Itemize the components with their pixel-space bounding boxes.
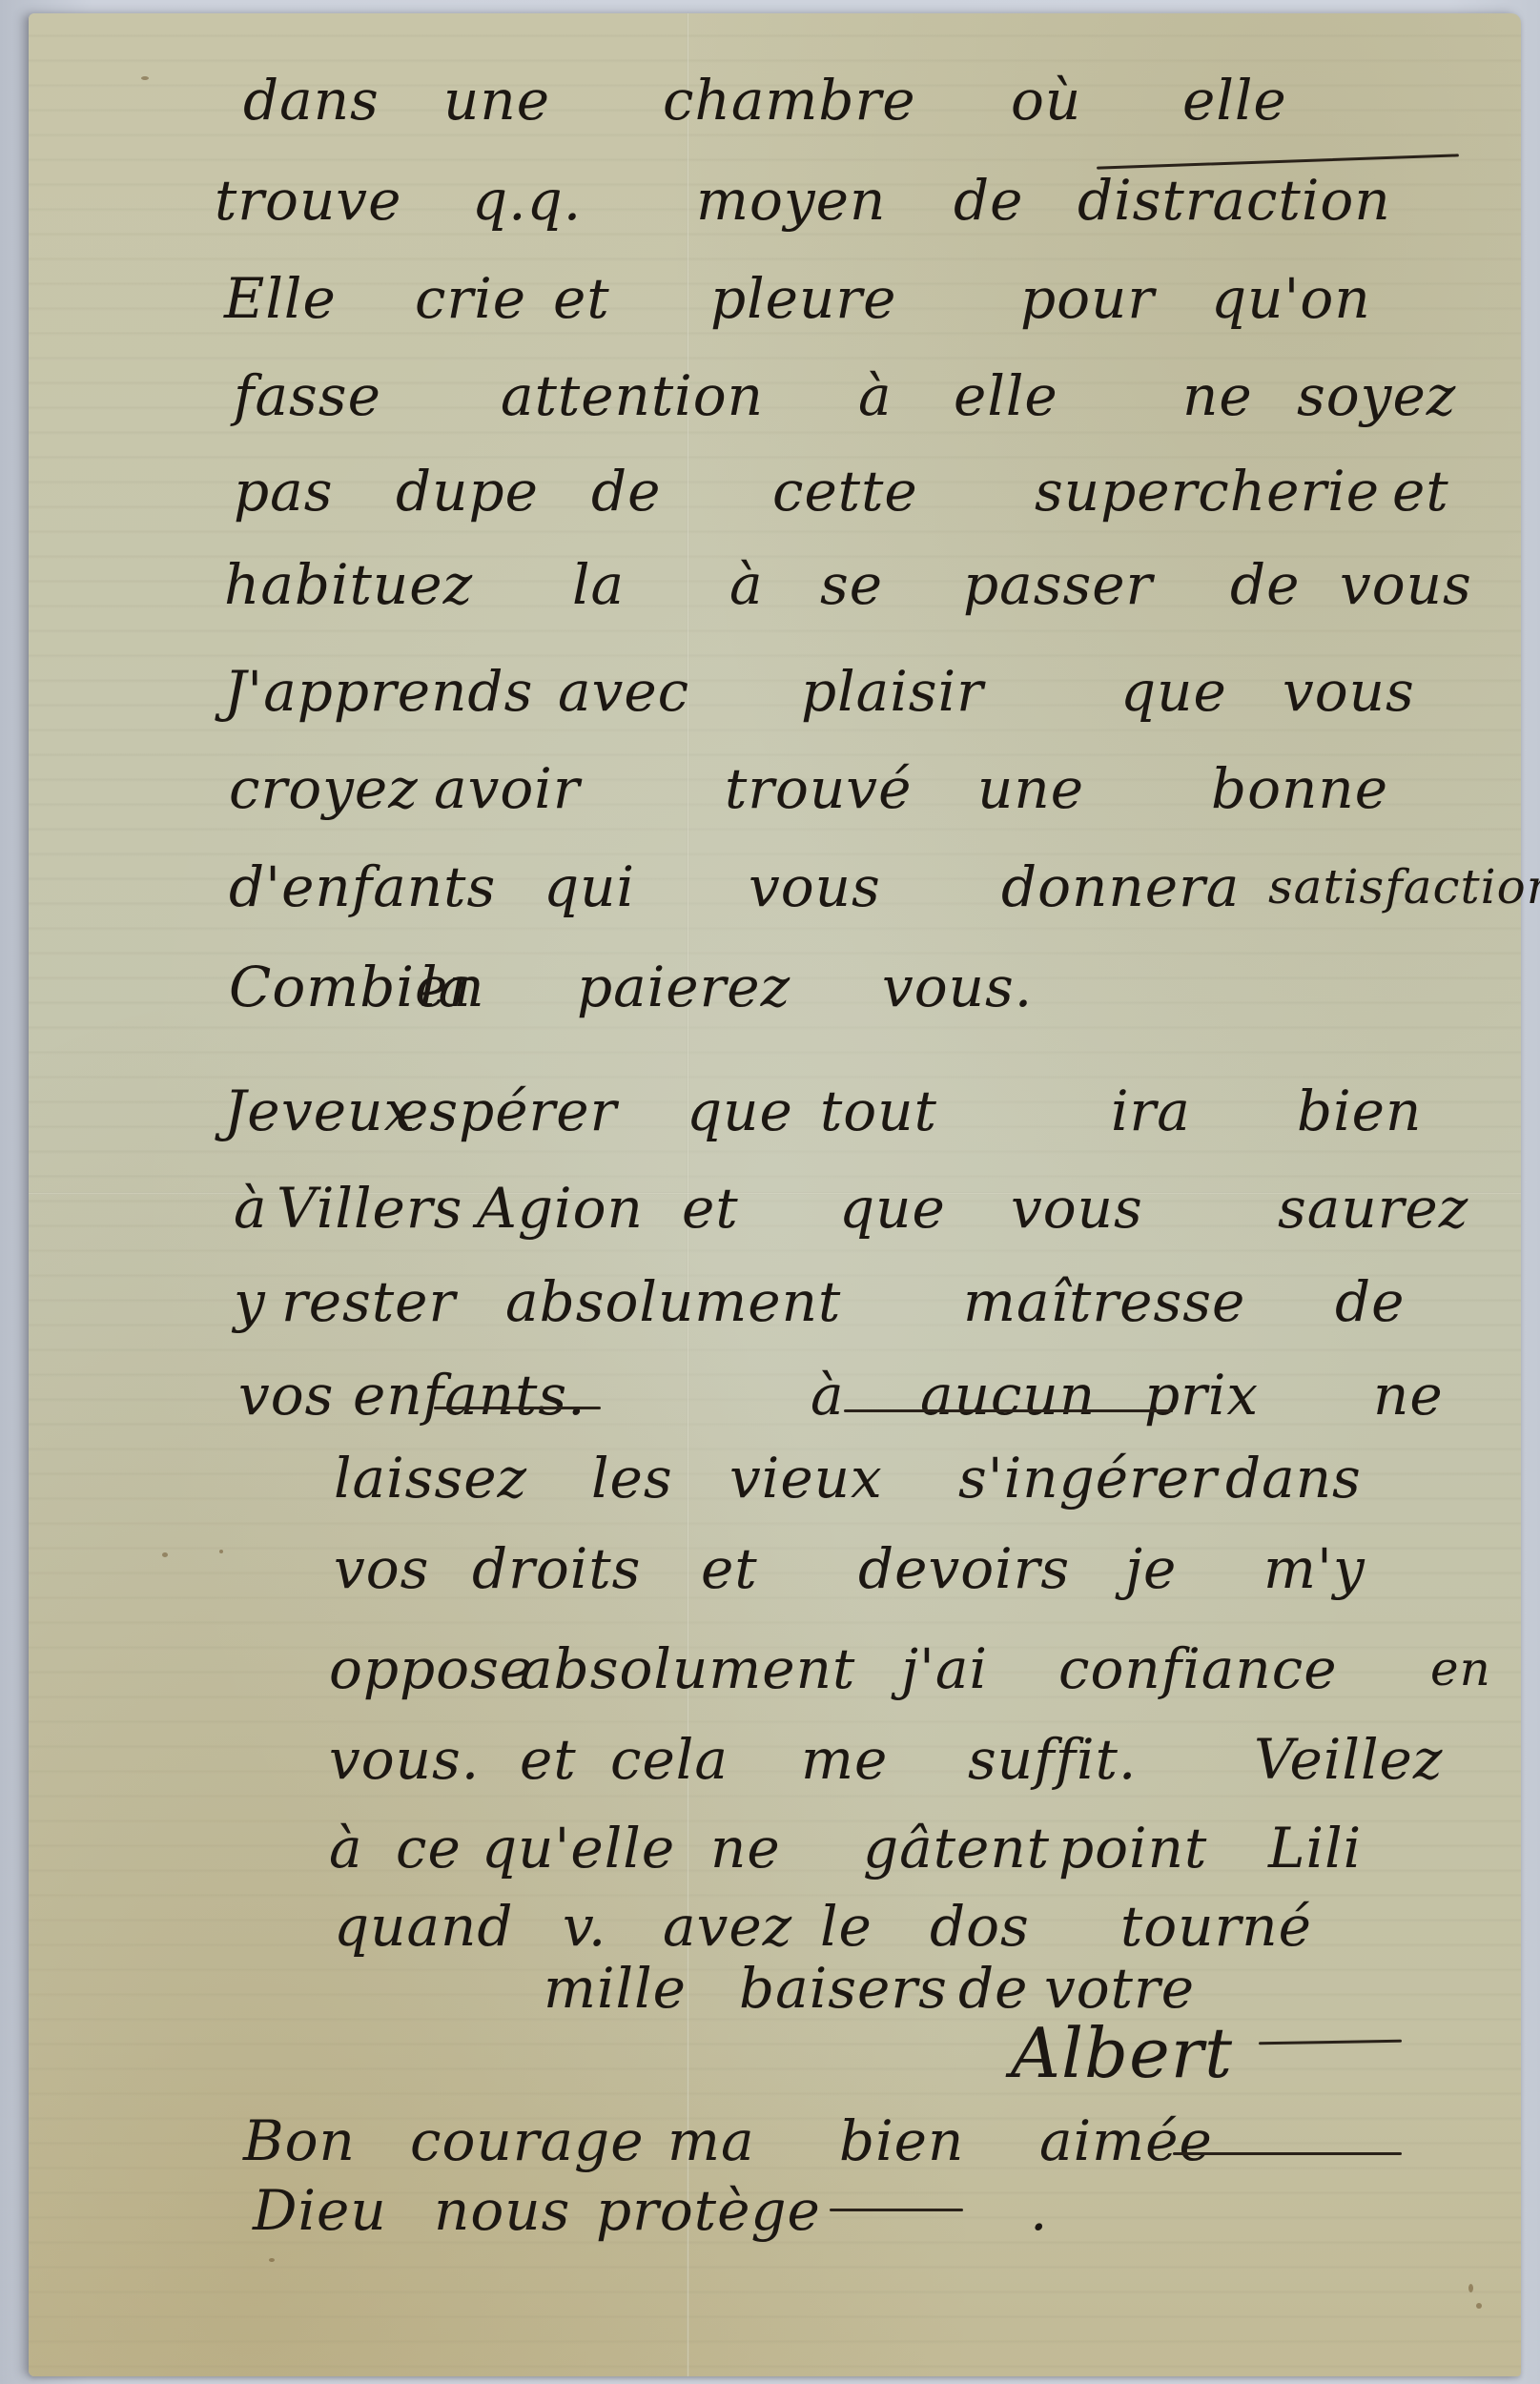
word: prix: [1144, 1352, 1259, 1438]
letter-line-1: dans une chambre où elle: [0, 57, 1540, 143]
word: d'enfants: [229, 844, 496, 930]
word: de: [954, 157, 1023, 243]
word: à: [858, 353, 893, 439]
word: .: [1030, 2168, 1048, 2253]
word: passer: [963, 542, 1153, 627]
word: enfants.: [353, 1352, 586, 1438]
letter-line-13: y rester absolument maîtresse de: [0, 1259, 1540, 1345]
word: paierez: [577, 944, 791, 1030]
word: à: [329, 1805, 363, 1891]
word: dans: [243, 57, 380, 143]
word: laissez: [334, 1435, 527, 1521]
word: distraction: [1078, 157, 1391, 243]
word: confiance: [1058, 1626, 1338, 1712]
word: vos: [238, 1352, 334, 1438]
word: je: [1125, 1526, 1177, 1612]
word: s'ingérer: [958, 1435, 1218, 1521]
word: vous: [1340, 542, 1472, 627]
letter-line-4: fasse attention à elle ne soyez: [0, 353, 1540, 439]
word: que: [687, 1068, 793, 1154]
word: soyez: [1297, 353, 1456, 439]
word: oppose: [329, 1626, 533, 1712]
word: bien: [1297, 1068, 1422, 1154]
word: ne: [710, 1805, 781, 1891]
emphasis-underline: [434, 1407, 601, 1409]
letter-line-19: à ce qu'elle ne gâtent point Lili: [0, 1805, 1540, 1891]
word: elle: [954, 353, 1058, 439]
letter-line-9: d'enfants qui vous donnera satisfaction: [0, 844, 1540, 930]
word: plaisir: [801, 648, 984, 734]
word: la: [572, 542, 625, 627]
letter-line-14: vos enfants. à aucun prix ne: [0, 1352, 1540, 1438]
word: habituez: [224, 542, 473, 627]
word: que: [839, 1165, 946, 1251]
word: espérer: [396, 1068, 617, 1154]
word: Elle: [224, 256, 337, 341]
word: et: [701, 1526, 758, 1612]
word: Je: [224, 1068, 281, 1154]
letter-line-18: vous. et cela me suffit. Veillez: [0, 1716, 1540, 1802]
word: ce: [396, 1805, 462, 1891]
ink-speck: [269, 2258, 275, 2262]
letter-line-6: habituez la à se passer de vous: [0, 542, 1540, 627]
word: chambre: [663, 57, 916, 143]
aucun-prix-underline: [844, 1409, 1173, 1412]
word: que: [1120, 648, 1227, 734]
word: qu'on: [1211, 256, 1371, 341]
word: protège: [596, 2168, 821, 2253]
word: de: [1335, 1259, 1405, 1345]
word: qui: [544, 844, 635, 930]
word: q.q.: [472, 157, 582, 243]
word: Lili: [1268, 1805, 1362, 1891]
word: avoir: [434, 746, 581, 832]
postscript-line-2: Dieu nous protège .: [0, 2168, 1540, 2253]
letter-line-11: Je veux espérer que tout ira bien: [0, 1068, 1540, 1154]
word: ne: [1373, 1352, 1444, 1438]
word: dupe: [396, 448, 539, 534]
word: vous: [749, 844, 881, 930]
word: gâtent: [863, 1805, 1050, 1891]
word: rester: [281, 1259, 456, 1345]
word: point: [1058, 1805, 1207, 1891]
word: où: [1011, 57, 1081, 143]
word: cette: [772, 448, 918, 534]
word: maîtresse: [963, 1259, 1245, 1345]
word: en: [1430, 1626, 1491, 1712]
word: vieux: [729, 1435, 883, 1521]
letter-line-3: Elle crie et pleure pour qu'on: [0, 256, 1540, 341]
word: ne: [1182, 353, 1253, 439]
word: une: [977, 746, 1084, 832]
ink-speck: [1476, 2303, 1482, 2309]
word: et: [553, 256, 610, 341]
letter-line-17: oppose absolument j'ai confiance en: [0, 1626, 1540, 1712]
word: elle: [1182, 57, 1287, 143]
word: saurez: [1278, 1165, 1468, 1251]
word: nous: [434, 2168, 570, 2253]
word: bonne: [1211, 746, 1388, 832]
word: vous.: [329, 1716, 480, 1802]
word: les: [591, 1435, 673, 1521]
word: J'apprends: [224, 648, 533, 734]
word: la: [420, 944, 472, 1030]
word: y: [234, 1259, 266, 1345]
word: une: [443, 57, 550, 143]
word: avec: [558, 648, 689, 734]
word: j'ai: [901, 1626, 988, 1712]
word: me: [801, 1716, 888, 1802]
word: et: [1392, 448, 1449, 534]
word: vos: [334, 1526, 429, 1612]
word: et: [520, 1716, 577, 1802]
word: vous: [1011, 1165, 1143, 1251]
letter-line-16: vos droits et devoirs je m'y: [0, 1526, 1540, 1612]
ink-speck: [1468, 2284, 1473, 2292]
word: Agion: [477, 1165, 644, 1251]
word: à: [729, 542, 764, 627]
word: et: [682, 1165, 739, 1251]
word: croyez: [229, 746, 419, 832]
word: Dieu: [253, 2168, 387, 2253]
letter-line-12: à Villers Agion et que vous saurez: [0, 1165, 1540, 1251]
word: Villers: [277, 1165, 462, 1251]
word: Veillez: [1254, 1716, 1443, 1802]
word: cela: [610, 1716, 729, 1802]
word: devoirs: [858, 1526, 1070, 1612]
word: trouve: [215, 157, 401, 243]
word: tout: [820, 1068, 937, 1154]
letter-line-7: J'apprends avec plaisir que vous: [0, 648, 1540, 734]
word: supercherie: [1035, 448, 1380, 534]
signature: Albert: [0, 2010, 1540, 2096]
word: pas: [234, 448, 333, 534]
word: fasse: [234, 353, 381, 439]
word: vous: [1283, 648, 1415, 734]
letter-line-5: pas dupe de cette supercherie et: [0, 448, 1540, 534]
word: absolument: [520, 1626, 855, 1712]
word: de: [1230, 542, 1300, 627]
word: suffit.: [968, 1716, 1137, 1802]
word: à: [811, 1352, 845, 1438]
word: de: [591, 448, 661, 534]
signature-name: Albert: [1011, 2010, 1233, 2096]
word: dans: [1225, 1435, 1362, 1521]
word: pleure: [710, 256, 896, 341]
word: donnera: [1001, 844, 1240, 930]
letter-line-2: trouve q.q. moyen de distraction: [0, 157, 1540, 243]
word: m'y: [1263, 1526, 1365, 1612]
letter-line-10: Combien la paierez vous.: [0, 944, 1540, 1030]
letter-line-8: croyez avoir trouvé une bonne: [0, 746, 1540, 832]
letter-line-15: laissez les vieux s'ingérer dans: [0, 1435, 1540, 1521]
word: ira: [1111, 1068, 1191, 1154]
word: droits: [472, 1526, 641, 1612]
word: satisfaction: [1268, 844, 1540, 930]
word: qu'elle: [482, 1805, 675, 1891]
word: attention: [501, 353, 764, 439]
word: pour: [1020, 256, 1155, 341]
word: se: [820, 542, 883, 627]
postscript-flourish: [830, 2209, 963, 2211]
postscript-flourish: [1173, 2152, 1402, 2155]
word: vous.: [882, 944, 1033, 1030]
word: moyen: [696, 157, 886, 243]
word: à: [234, 1165, 268, 1251]
word: absolument: [505, 1259, 841, 1345]
word: trouvé: [725, 746, 912, 832]
word: aucun: [920, 1352, 1096, 1438]
word: crie: [415, 256, 526, 341]
